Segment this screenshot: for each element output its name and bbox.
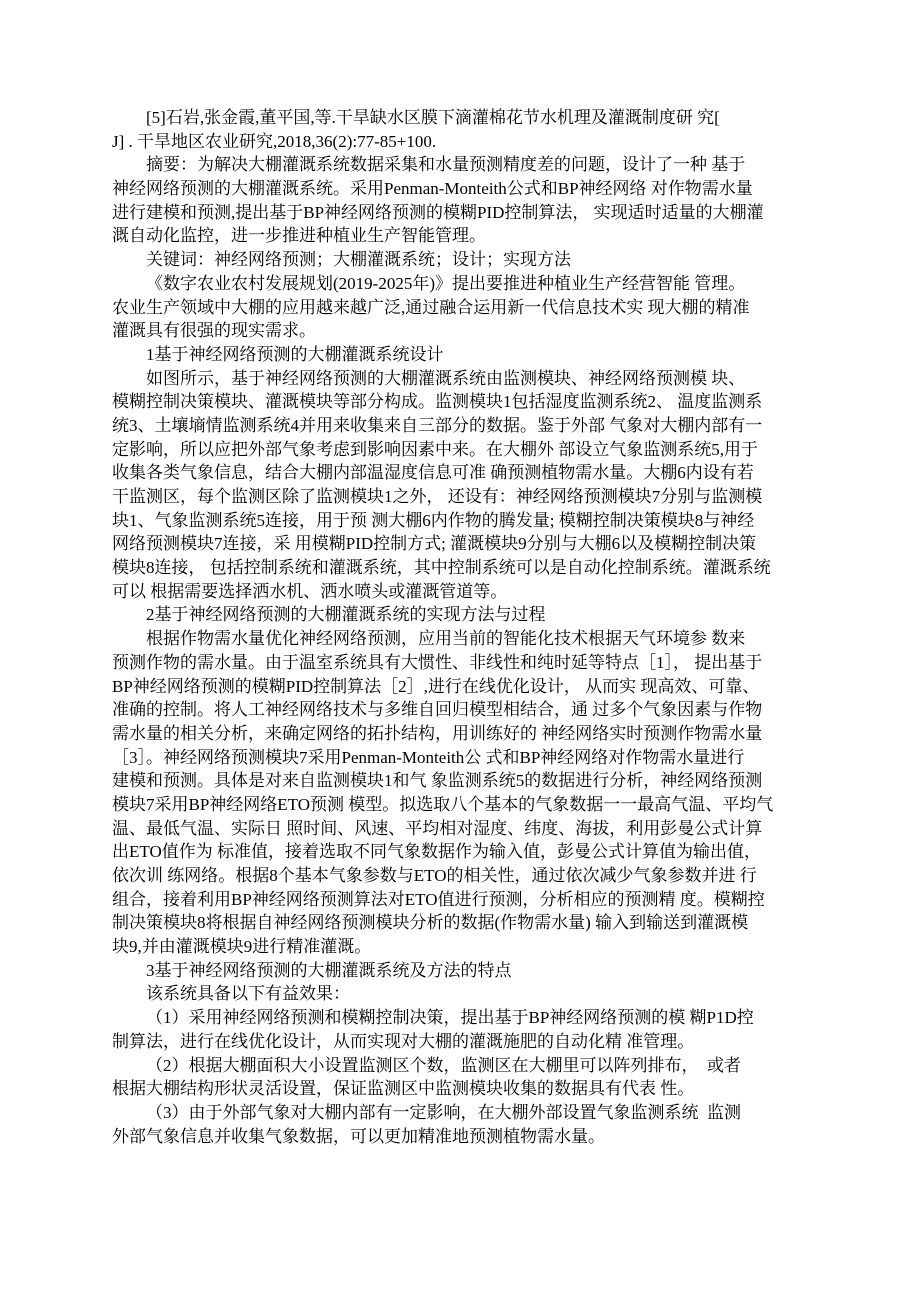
text-line: 预测作物的需水量。由于温室系统具有大惯性、非线性和纯时延等特点［1］， 提出基于: [112, 651, 818, 675]
text-line: ［3］。神经网络预测模块7采用Penman-Monteith公 式和BP神经网络…: [112, 746, 818, 770]
text-line: 统3、土壤墒情监测系统4并用来收集来自三部分的数据。鉴于外部 气象对大棚内部有一: [112, 414, 818, 438]
text-line: 2基于神经网络预测的大棚灌溉系统的实现方法与过程: [112, 603, 818, 627]
text-line: 需水量的相关分析，来确定网络的拓扑结构，用训练好的 神经网络实时预测作物需水量: [112, 722, 818, 746]
text-line: 出ETO值作为 标准值，接着选取不同气象数据作为输入值，彭曼公式计算值为输出值，: [112, 840, 818, 864]
text-line: （1）采用神经网络预测和模糊控制决策，提出基于BP神经网络预测的模 糊P1D控: [112, 1006, 818, 1030]
text-line: 该系统具备以下有益效果：: [112, 982, 818, 1006]
text-line: 进行建模和预测,提出基于BP神经网络预测的模糊PID控制算法， 实现适时适量的大…: [112, 201, 818, 225]
text-line: 模糊控制决策模块、灌溉模块等部分构成。监测模块1包括湿度监测系统2、 温度监测系: [112, 390, 818, 414]
text-line: 农业生产领域中大棚的应用越来越广泛,通过融合运用新一代信息技术实 现大棚的精准: [112, 296, 818, 320]
text-line: 块9,并由灌溉模块9进行精准灌溉。: [112, 935, 818, 959]
text-line: 可以 根据需要选择洒水机、洒水喷头或灌溉管道等。: [112, 580, 818, 604]
text-line: 溉自动化监控，进一步推进种植业生产智能管理。: [112, 224, 818, 248]
text-line: 关键词：神经网络预测；大棚灌溉系统；设计；实现方法: [112, 248, 818, 272]
text-line: 如图所示，基于神经网络预测的大棚灌溉系统由监测模块、神经网络预测模 块、: [112, 367, 818, 391]
text-line: 收集各类气象信息，结合大棚内部温湿度信息可准 确预测植物需水量。大棚6内设有若: [112, 461, 818, 485]
text-line: 制决策模块8将根据自神经网络预测模块分析的数据(作物需水量) 输入到输送到灌溉模: [112, 911, 818, 935]
document-text-block: [5]石岩,张金霞,董平国,等.干旱缺水区膜下滴灌棉花节水机理及灌溉制度研 究[…: [112, 106, 818, 1148]
text-line: 建模和预测。具体是对来自监测模块1和气 象监测系统5的数据进行分析，神经网络预测: [112, 769, 818, 793]
text-line: 灌溉具有很强的现实需求。: [112, 319, 818, 343]
text-line: （2）根据大棚面积大小设置监测区个数，监测区在大棚里可以阵列排布， 或者: [112, 1054, 818, 1078]
text-line: 根据作物需水量优化神经网络预测，应用当前的智能化技术根据天气环境参 数来: [112, 627, 818, 651]
text-line: 模块8连接， 包括控制系统和灌溉系统，其中控制系统可以是自动化控制系统。灌溉系统: [112, 556, 818, 580]
text-line: 3基于神经网络预测的大棚灌溉系统及方法的特点: [112, 959, 818, 983]
text-line: 《数字农业农村发展规划(2019-2025年)》提出要推进种植业生产经营智能 管…: [112, 272, 818, 296]
text-line: BP神经网络预测的模糊PID控制算法［2］,进行在线优化设计， 从而实 现高效、…: [112, 675, 818, 699]
text-line: 块1、气象监测系统5连接，用于预 测大棚6内作物的腾发量; 模糊控制决策模块8与…: [112, 509, 818, 533]
text-line: （3）由于外部气象对大棚内部有一定影响，在大棚外部设置气象监测系统 监测: [112, 1101, 818, 1125]
text-line: 模块7采用BP神经网络ETO预测 模型。拟选取八个基本的气象数据一一最高气温、平…: [112, 793, 818, 817]
text-line: 干监测区，每个监测区除了监测模块1之外， 还设有：神经网络预测模块7分别与监测模: [112, 485, 818, 509]
text-line: 神经网络预测的大棚灌溉系统。采用Penman-Monteith公式和BP神经网络…: [112, 177, 818, 201]
text-line: 摘要：为解决大棚灌溉系统数据采集和水量预测精度差的问题，设计了一种 基于: [112, 153, 818, 177]
text-line: 1基于神经网络预测的大棚灌溉系统设计: [112, 343, 818, 367]
text-line: 根据大棚结构形状灵活设置，保证监测区中监测模块收集的数据具有代表 性。: [112, 1077, 818, 1101]
text-line: [5]石岩,张金霞,董平国,等.干旱缺水区膜下滴灌棉花节水机理及灌溉制度研 究[: [112, 106, 818, 130]
text-line: 依次训 练网络。根据8个基本气象参数与ETO的相关性，通过依次减少气象参数并进 …: [112, 864, 818, 888]
text-line: 组合，接着利用BP神经网络预测算法对ETO值进行预测，分析相应的预测精 度。模糊…: [112, 888, 818, 912]
text-line: 温、最低气温、实际日 照时间、风速、平均相对湿度、纬度、海拔，利用彭曼公式计算: [112, 817, 818, 841]
text-line: 制算法，进行在线优化设计，从而实现对大棚的灌溉施肥的自动化精 准管理。: [112, 1030, 818, 1054]
text-line: 准确的控制。将人工神经网络技术与多维自回归模型相结合，通 过多个气象因素与作物: [112, 698, 818, 722]
text-line: 网络预测模块7连接，采 用模糊PID控制方式; 灌溉模块9分别与大棚6以及模糊控…: [112, 532, 818, 556]
text-line: 外部气象信息并收集气象数据，可以更加精准地预测植物需水量。: [112, 1125, 818, 1149]
document-page: [5]石岩,张金霞,董平国,等.干旱缺水区膜下滴灌棉花节水机理及灌溉制度研 究[…: [0, 0, 920, 1301]
text-line: 定影响，所以应把外部气象考虑到影响因素中来。在大棚外 部设立气象监测系统5,用于: [112, 438, 818, 462]
text-line: J] . 干旱地区农业研究,2018,36(2):77-85+100.: [112, 130, 818, 154]
